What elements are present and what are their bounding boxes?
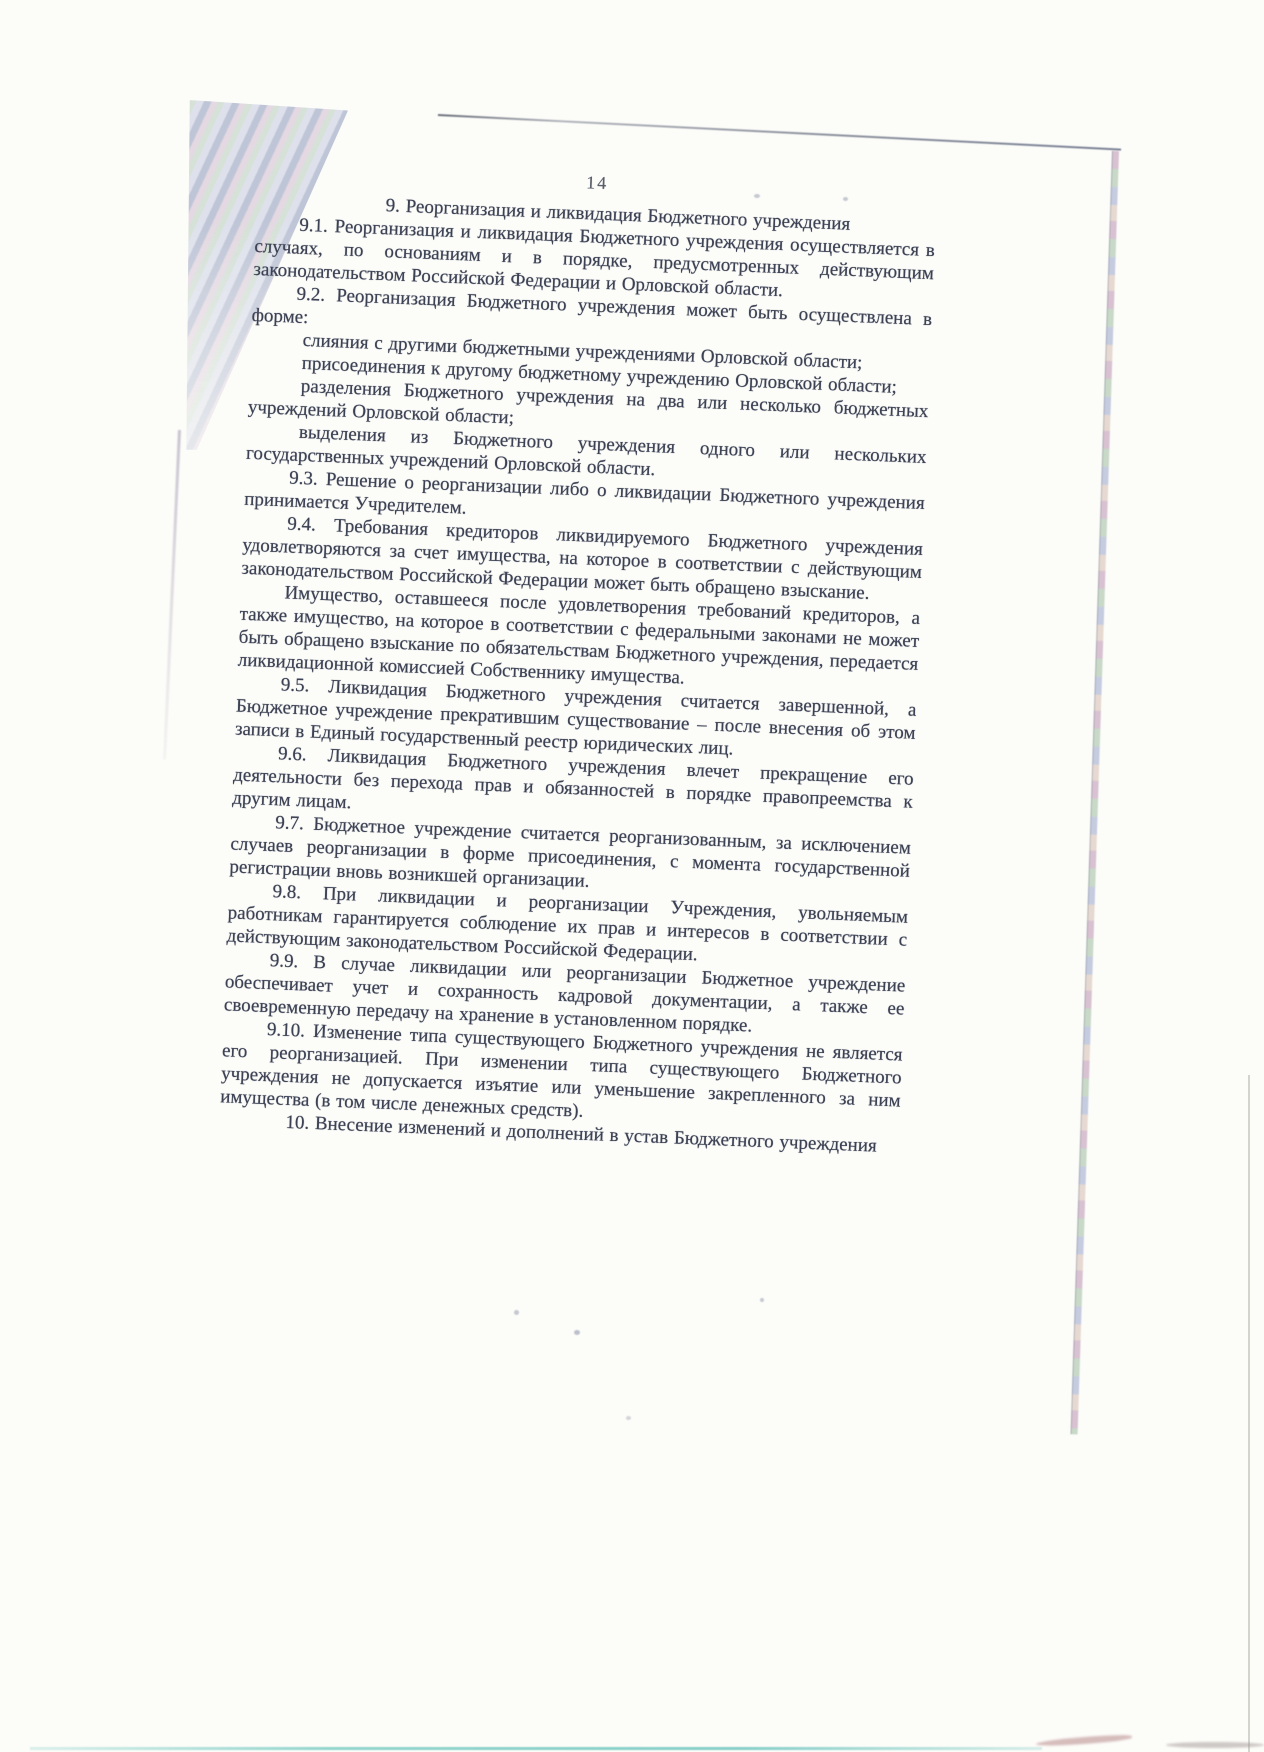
scan-noise-dot — [626, 1416, 631, 1420]
scan-right-border-line — [1248, 1075, 1250, 1752]
scan-smudge — [1036, 1734, 1132, 1748]
scan-smudge — [1166, 1742, 1264, 1748]
top-page-edge-line — [438, 114, 1121, 151]
right-page-edge-line — [1071, 151, 1119, 1435]
scanned-document-page: 14 9. Реорганизация и ликвидация Бюджетн… — [0, 0, 1264, 1752]
scan-noise-dot — [514, 1310, 519, 1315]
left-page-edge-line — [163, 430, 181, 760]
scan-bottom-edge-line — [30, 1747, 1042, 1750]
scan-noise-dot — [574, 1330, 580, 1335]
document-text-block: 14 9. Реорганизация и ликвидация Бюджетн… — [219, 158, 938, 1159]
scan-noise-dot — [760, 1298, 764, 1302]
